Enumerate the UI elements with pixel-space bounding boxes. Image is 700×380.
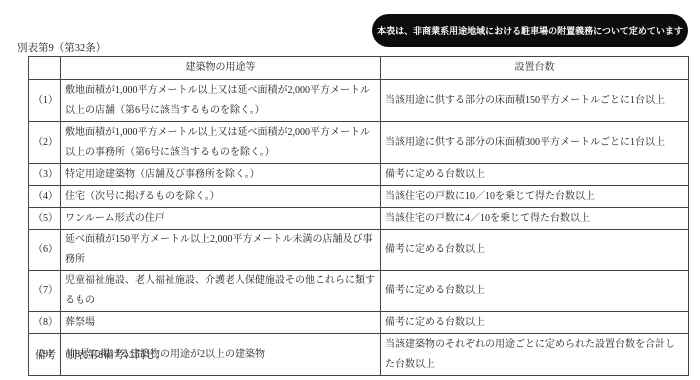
table-header-row: 建築物の用途等 設置台数 xyxy=(29,57,689,80)
usage-cell: 葬祭場 xyxy=(61,312,381,334)
count-cell: 当該用途に供する部分の床面積300平方メートルごとに1台以上 xyxy=(381,122,689,164)
header-count: 設置台数 xyxy=(381,57,689,80)
header-empty-cell xyxy=(29,57,61,80)
table-row: （6） 延べ面積が150平方メートル以上2,000平方メートル未満の店舗及び事務… xyxy=(29,230,689,271)
row-number-cell: （3） xyxy=(29,164,61,186)
count-cell: 当該建築物のそれぞれの用途ごとに定められた設置台数を合計した台数以上 xyxy=(381,334,689,376)
usage-cell: 児童福祉施設、老人福祉施設、介護老人保健施設その他これらに類するもの xyxy=(61,271,381,312)
count-cell: 当該住宅の戸数に4／10を乗じて得た台数以上 xyxy=(381,208,689,230)
info-banner-text: 本表は、非商業系用途地域における駐車場の附置義務について定めています xyxy=(377,24,683,37)
count-cell: 備考に定める台数以上 xyxy=(381,164,689,186)
row-number-cell: （7） xyxy=(29,271,61,312)
table-row: （1） 敷地面積が1,000平方メートル以上又は延べ面積が2,000平方メートル… xyxy=(29,80,689,122)
row-number-cell: （5） xyxy=(29,208,61,230)
usage-cell: 住宅（次号に掲げるものを除く。） xyxy=(61,186,381,208)
count-cell: 当該住宅の戸数に10／10を乗じて得た台数以上 xyxy=(381,186,689,208)
usage-cell: 敷地面積が1,000平方メートル以上又は延べ面積が2,000平方メートル以上の事… xyxy=(61,122,381,164)
header-usage: 建築物の用途等 xyxy=(61,57,381,80)
usage-cell: ワンルーム形式の住戸 xyxy=(61,208,381,230)
row-number-cell: （6） xyxy=(29,230,61,271)
document-title: 別表第9（第32条） xyxy=(17,40,106,55)
info-banner: 本表は、非商業系用途地域における駐車場の附置義務について定めています xyxy=(372,14,688,47)
table-row: （2） 敷地面積が1,000平方メートル以上又は延べ面積が2,000平方メートル… xyxy=(29,122,689,164)
usage-cell: 延べ面積が150平方メートル以上2,000平方メートル未満の店舗及び事務所 xyxy=(61,230,381,271)
parking-requirements-table: 建築物の用途等 設置台数 （1） 敷地面積が1,000平方メートル以上又は延べ面… xyxy=(28,56,689,376)
count-cell: 当該用途に供する部分の床面積150平方メートルごとに1台以上 xyxy=(381,80,689,122)
count-cell: 備考に定める台数以上 xyxy=(381,230,689,271)
table-row: （7） 児童福祉施設、老人福祉施設、介護老人保健施設その他これらに類するもの 備… xyxy=(29,271,689,312)
table-row: （5） ワンルーム形式の住戸 当該住宅の戸数に4／10を乗じて得た台数以上 xyxy=(29,208,689,230)
row-number-cell: （8） xyxy=(29,312,61,334)
row-number-cell: （4） xyxy=(29,186,61,208)
count-cell: 備考に定める台数以上 xyxy=(381,312,689,334)
row-number-cell: （2） xyxy=(29,122,61,164)
table-row: （4） 住宅（次号に掲げるものを除く。） 当該住宅の戸数に10／10を乗じて得た… xyxy=(29,186,689,208)
remarks-note: 備考 別表第8備考に同じ。 xyxy=(35,347,166,362)
usage-cell: 特定用途建築物（店舗及び事務所を除く。） xyxy=(61,164,381,186)
table-row: （3） 特定用途建築物（店舗及び事務所を除く。） 備考に定める台数以上 xyxy=(29,164,689,186)
usage-cell: 敷地面積が1,000平方メートル以上又は延べ面積が2,000平方メートル以上の店… xyxy=(61,80,381,122)
table-row: （8） 葬祭場 備考に定める台数以上 xyxy=(29,312,689,334)
count-cell: 備考に定める台数以上 xyxy=(381,271,689,312)
row-number-cell: （1） xyxy=(29,80,61,122)
